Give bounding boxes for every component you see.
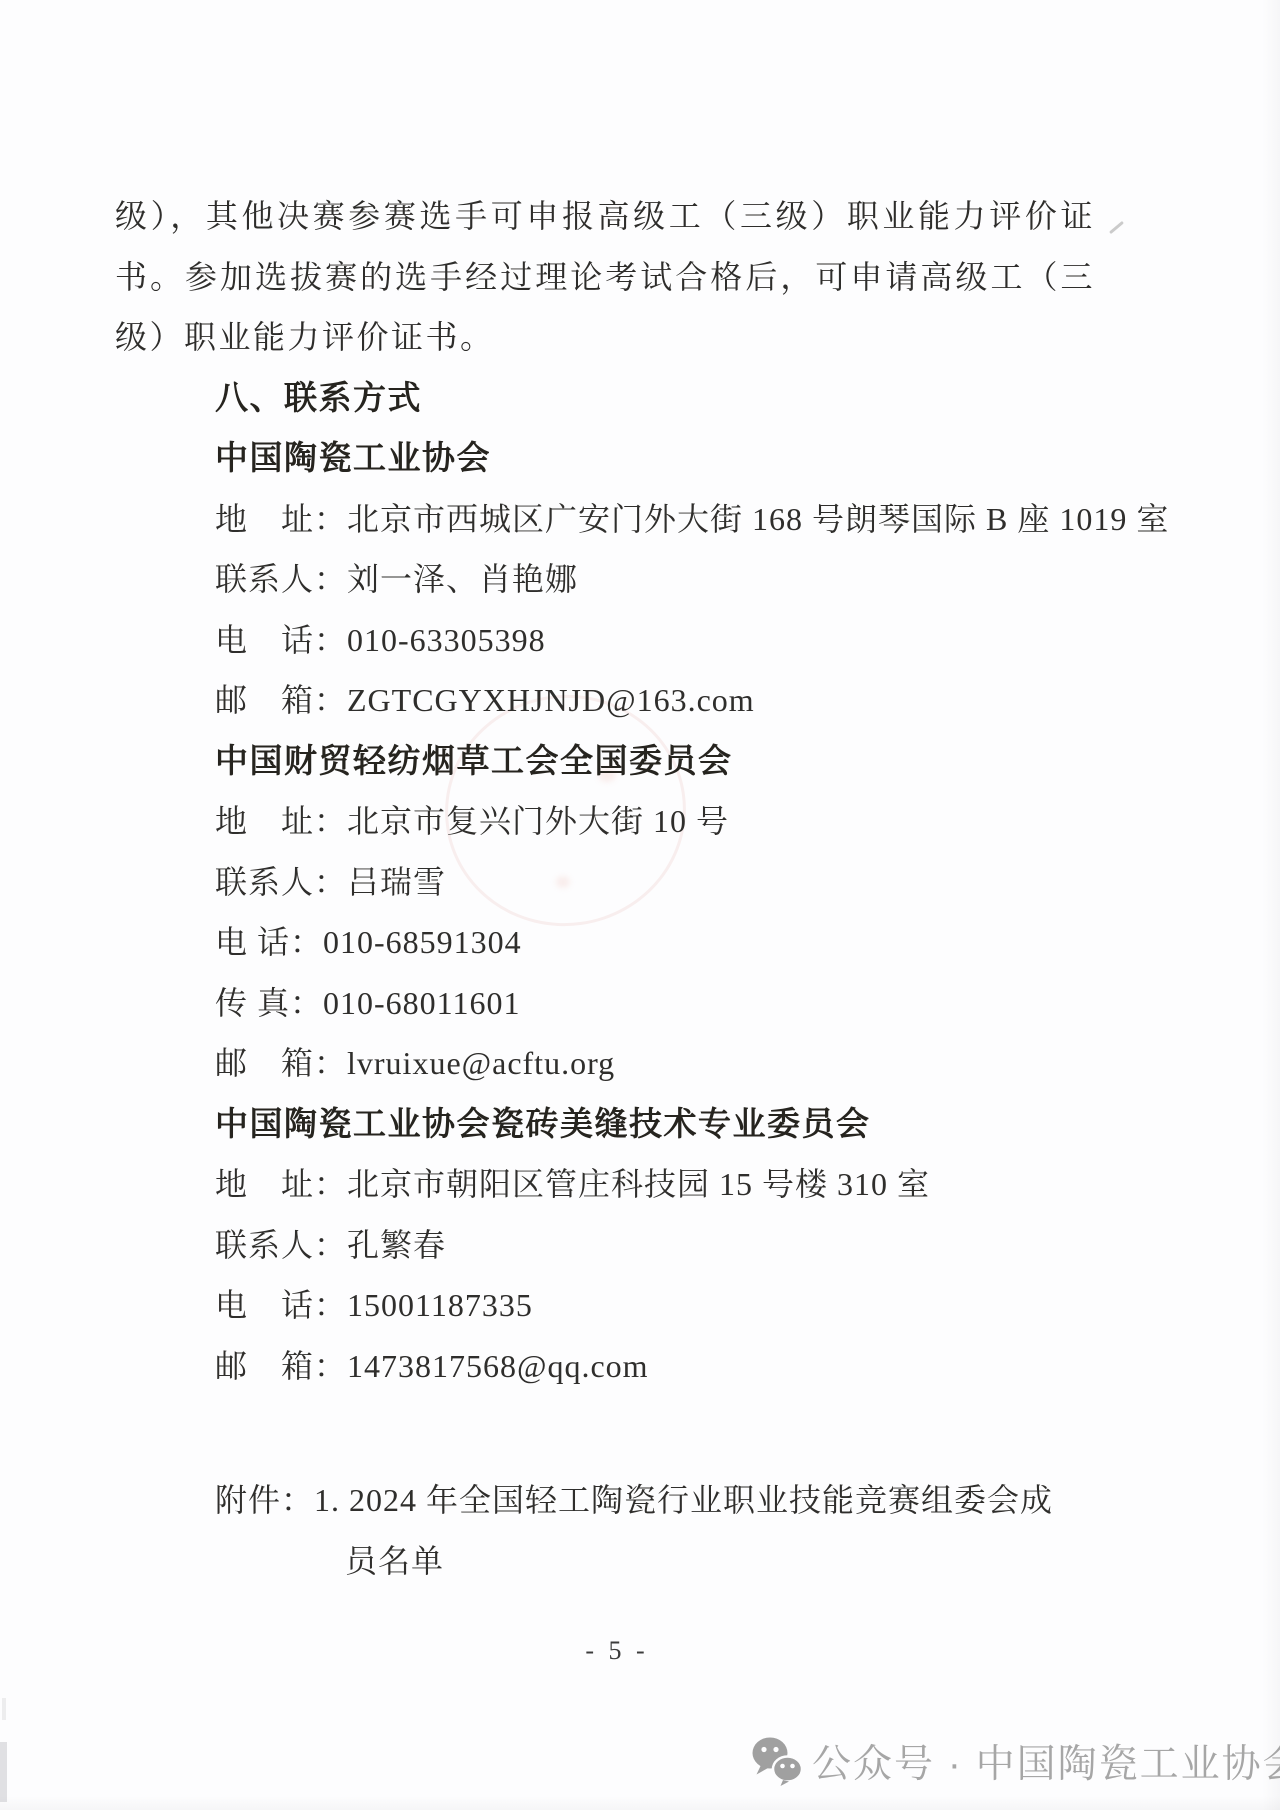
paragraph-line: 书。参加选拔赛的选手经过理论考试合格后，可申请高级工（三 (115, 247, 1095, 308)
attachment-block: 附件：1. 2024 年全国轻工陶瓷行业职业技能竞赛组委会成 员名单 (115, 1470, 1095, 1591)
paragraph-line: 级）职业能力评价证书。 (115, 307, 1095, 368)
scan-artifact (2, 1698, 6, 1720)
paragraph-line: 级），其他决赛参赛选手可申报高级工（三级）职业能力评价证 (115, 186, 1095, 247)
contact-line-person: 联系人：吕瑞雪 (115, 852, 1095, 913)
contact-line-person: 联系人：刘一泽、肖艳娜 (115, 549, 1095, 610)
contact-line-phone: 电 话：15001187335 (115, 1275, 1095, 1336)
contact-line-address: 地 址：北京市西城区广安门外大街 168 号朗琴国际 B 座 1019 室 (115, 489, 1095, 550)
contact-line-email: 邮 箱：1473817568@qq.com (115, 1336, 1095, 1397)
scan-edge-shade (1262, 0, 1280, 1810)
scan-artifact (1109, 221, 1124, 234)
contact-line-phone: 电 话：010-63305398 (115, 610, 1095, 671)
scan-edge-shade (0, 1796, 1280, 1810)
org-name-3: 中国陶瓷工业协会瓷砖美缝技术专业委员会 (115, 1094, 1095, 1155)
attachment-line: 附件：1. 2024 年全国轻工陶瓷行业职业技能竞赛组委会成 (115, 1470, 1095, 1531)
org-name-1: 中国陶瓷工业协会 (115, 428, 1095, 489)
contact-line-email: 邮 箱：lvruixue@acftu.org (115, 1033, 1095, 1094)
scan-artifact (0, 1742, 7, 1802)
page-number: - 5 - (0, 1636, 1234, 1666)
contact-line-person: 联系人：孔繁春 (115, 1215, 1095, 1276)
document-body: 级），其他决赛参赛选手可申报高级工（三级）职业能力评价证 书。参加选拔赛的选手经… (115, 186, 1095, 1591)
contact-line-phone: 电 话：010-68591304 (115, 912, 1095, 973)
section-heading: 八、联系方式 (115, 368, 1095, 429)
wechat-footer: 公众号 · 中国陶瓷工业协会 (750, 1733, 1280, 1789)
wechat-icon (750, 1735, 804, 1787)
contact-line-fax: 传 真：010-68011601 (115, 973, 1095, 1034)
contact-line-address: 地 址：北京市朝阳区管庄科技园 15 号楼 310 室 (115, 1154, 1095, 1215)
contact-line-email: 邮 箱：ZGTCGYXHJNJD@163.com (115, 670, 1095, 731)
org-name-2: 中国财贸轻纺烟草工会全国委员会 (115, 731, 1095, 792)
attachment-line: 员名单 (115, 1531, 1095, 1592)
contact-line-address: 地 址：北京市复兴门外大街 10 号 (115, 791, 1095, 852)
document-page: 级），其他决赛参赛选手可申报高级工（三级）职业能力评价证 书。参加选拔赛的选手经… (0, 0, 1280, 1810)
footer-label: 公众号 · 中国陶瓷工业协会 (812, 1733, 1280, 1789)
